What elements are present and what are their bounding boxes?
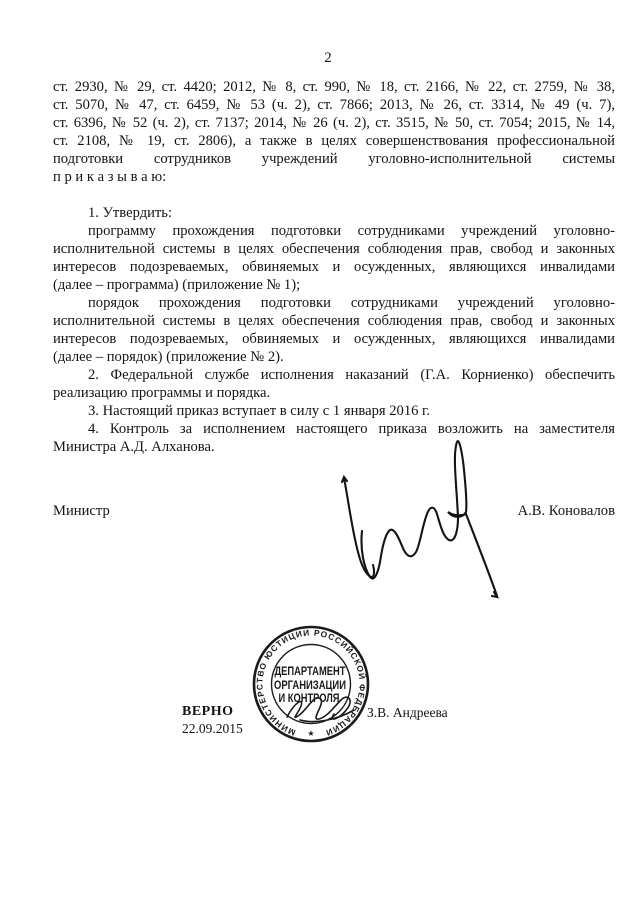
stamp-star-icon: ★ <box>307 729 314 738</box>
text-line: подготовки сотрудников учреждений уголов… <box>53 150 615 168</box>
ministry-stamp: МИНИСТЕРСТВО ЮСТИЦИИ РОССИЙСКОЙ ФЕДЕРАЦИ… <box>245 618 377 750</box>
document-body: ст. 2930, № 29, ст. 4420; 2012, № 8, ст.… <box>53 78 615 456</box>
text-line: ст. 6396, № 52 (ч. 2), ст. 7137; 2014, №… <box>53 114 615 132</box>
text-line: ст. 2108, № 19, ст. 2806), а также в цел… <box>53 132 615 150</box>
text-line: интересов подозреваемых, обвиняемых и ос… <box>53 330 615 348</box>
text-line: п р и к а з ы в а ю: <box>53 168 615 186</box>
text-line: исполнительной системы в целях обеспечен… <box>53 240 615 258</box>
text-line <box>53 186 615 204</box>
text-line: 2. Федеральной службе исполнения наказан… <box>53 366 615 384</box>
certifier-name: З.В. Андреева <box>367 705 448 721</box>
minister-signature-scribble <box>330 435 510 610</box>
text-line: ст. 5070, № 47, ст. 6459, № 53 (ч. 2), с… <box>53 96 615 114</box>
certification-date: 22.09.2015 <box>182 720 243 737</box>
stamp-center-line: И КОНТРОЛЯ <box>279 693 340 705</box>
text-line: интересов подозреваемых, обвиняемых и ос… <box>53 258 615 276</box>
document-page: 2 ст. 2930, № 29, ст. 4420; 2012, № 8, с… <box>0 0 640 905</box>
text-line: программу прохождения подготовки сотрудн… <box>53 222 615 240</box>
text-line: ст. 2930, № 29, ст. 4420; 2012, № 8, ст.… <box>53 78 615 96</box>
stamp-center-line: ДЕПАРТАМЕНТ <box>275 666 346 678</box>
page-number: 2 <box>0 50 640 67</box>
minister-name: А.В. Коновалов <box>518 502 615 520</box>
text-line: 3. Настоящий приказ вступает в силу с 1 … <box>53 402 615 420</box>
text-line: реализацию программы и порядка. <box>53 384 615 402</box>
minister-title: Министр <box>53 502 110 520</box>
text-line: исполнительной системы в целях обеспечен… <box>53 312 615 330</box>
verno-label: ВЕРНО <box>182 703 243 720</box>
text-line: (далее – программа) (приложение № 1); <box>53 276 615 294</box>
text-line: порядок прохождения подготовки сотрудник… <box>53 294 615 312</box>
stamp-center-line: ОРГАНИЗАЦИИ <box>274 680 346 692</box>
certification-block: ВЕРНО 22.09.2015 <box>182 703 243 737</box>
text-line: 1. Утвердить: <box>53 204 615 222</box>
text-line: (далее – порядок) (приложение № 2). <box>53 348 615 366</box>
